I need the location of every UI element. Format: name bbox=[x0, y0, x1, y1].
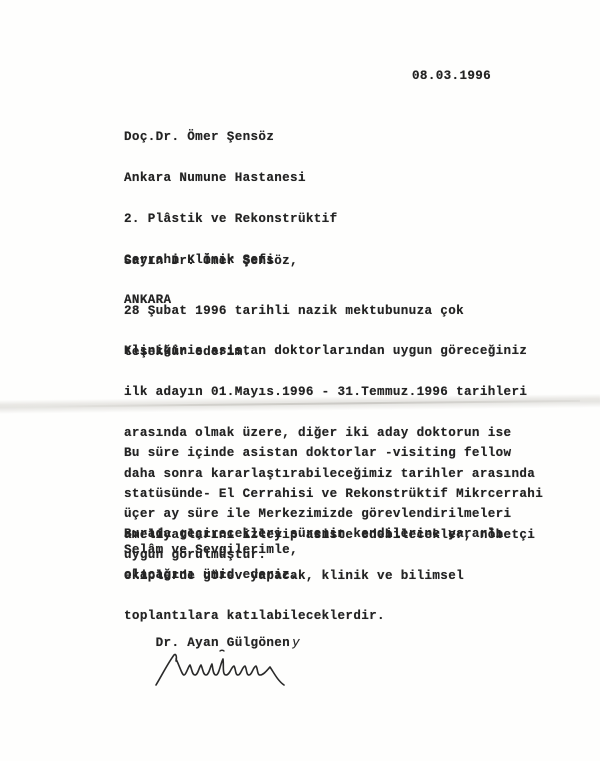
closing: Selâm ve Sevgilerimle, bbox=[124, 544, 298, 558]
recipient-department: 2. Plâstik ve Rekonstrüktif bbox=[124, 213, 338, 227]
paragraph-line: Bu süre içinde asistan doktorlar -visiti… bbox=[124, 447, 543, 461]
letter-page: 08.03.1996 Doç.Dr. Ömer Şensöz Ankara Nu… bbox=[0, 0, 600, 761]
recipient-name: Doç.Dr. Ömer Şensöz bbox=[124, 131, 338, 145]
salutation: Sayın Dr. Ömer Şensöz, bbox=[124, 255, 298, 269]
paragraph-line: Kliniğinis asistan doktorlarından uygun … bbox=[124, 345, 535, 359]
handwritten-signature-icon bbox=[150, 645, 290, 690]
paragraph-line: 28 Şubat 1996 tarihli nazik mektubunuza … bbox=[124, 305, 464, 319]
paragraph-line: ilk adayın 01.Mayıs.1996 - 31.Temmuz.199… bbox=[124, 386, 535, 400]
signer-handwritten-mark: y bbox=[292, 636, 300, 650]
paragraph-line: toplantılara katılabileceklerdir. bbox=[124, 610, 543, 624]
paragraph-line: Burada geçirecekleri sürenin kendilerine… bbox=[124, 528, 504, 542]
recipient-hospital: Ankara Numune Hastanesi bbox=[124, 172, 338, 186]
letter-date: 08.03.1996 bbox=[412, 70, 491, 84]
paragraph-line: olacağını ümid ederiz. bbox=[124, 569, 504, 583]
paragraph-line: statüsünde- El Cerrahisi ve Rekonstrükti… bbox=[124, 488, 543, 502]
